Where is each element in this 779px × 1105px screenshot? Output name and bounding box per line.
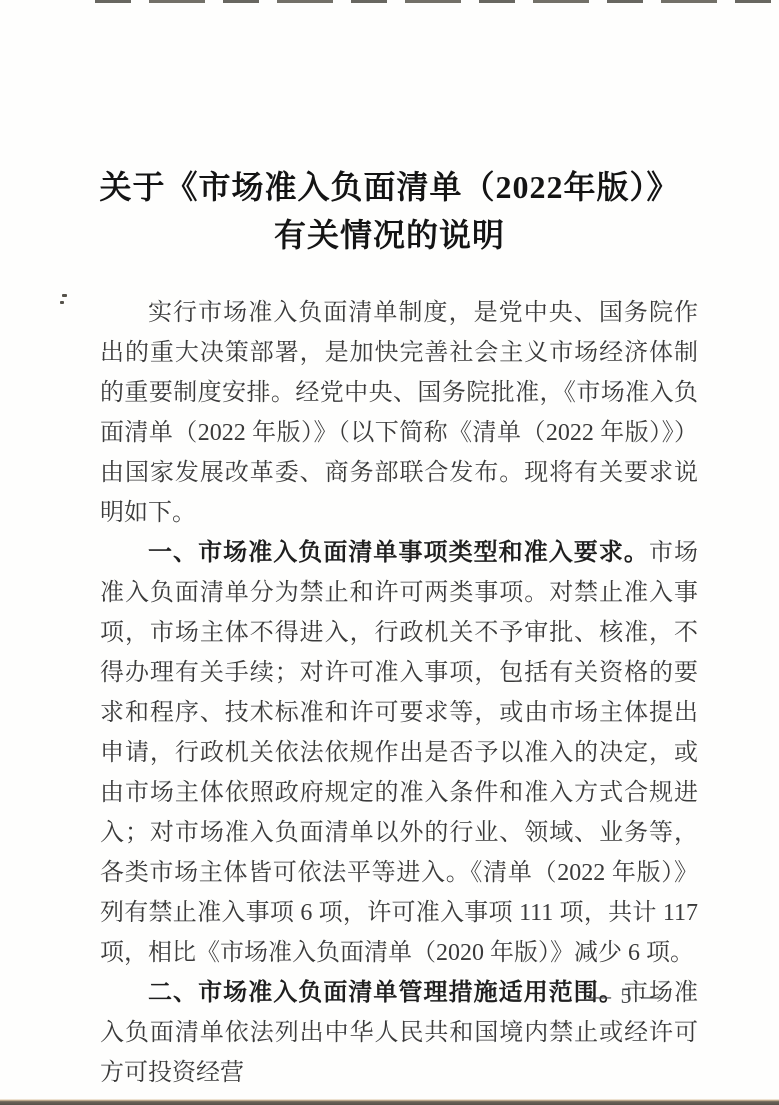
scan-edge-bottom-artifact — [0, 1099, 779, 1105]
paragraph-section-1-heading: 一、市场准入负面清单事项类型和准入要求。 — [148, 539, 649, 566]
scan-speck — [60, 301, 64, 304]
scan-edge-top-artifact — [95, 0, 779, 3]
document-title-line2: 有关情况的说明 — [0, 211, 779, 259]
paragraph-section-1-text: 市场准入负面清单分为禁止和许可两类事项。对禁止准入事项，市场主体不得进入，行政机… — [100, 540, 698, 966]
document-body: 实行市场准入负面清单制度，是党中央、国务院作出的重大决策部署，是加快完善社会主义… — [100, 293, 698, 1093]
page-number: — 5 — — [589, 982, 665, 1010]
paragraph-intro-text: 实行市场准入负面清单制度，是党中央、国务院作出的重大决策部署，是加快完善社会主义… — [100, 300, 698, 526]
paragraph-section-1: 一、市场准入负面清单事项类型和准入要求。市场准入负面清单分为禁止和许可两类事项。… — [100, 533, 698, 973]
paragraph-intro: 实行市场准入负面清单制度，是党中央、国务院作出的重大决策部署，是加快完善社会主义… — [100, 293, 698, 533]
document-title-line1: 关于《市场准入负面清单（2022年版）》 — [0, 163, 779, 211]
scanned-document-page: 关于《市场准入负面清单（2022年版）》 有关情况的说明 实行市场准入负面清单制… — [0, 0, 779, 1105]
document-title: 关于《市场准入负面清单（2022年版）》 有关情况的说明 — [0, 163, 779, 259]
scan-speck — [62, 294, 67, 297]
paragraph-section-2-heading: 二、市场准入负面清单管理措施适用范围。 — [148, 979, 624, 1006]
